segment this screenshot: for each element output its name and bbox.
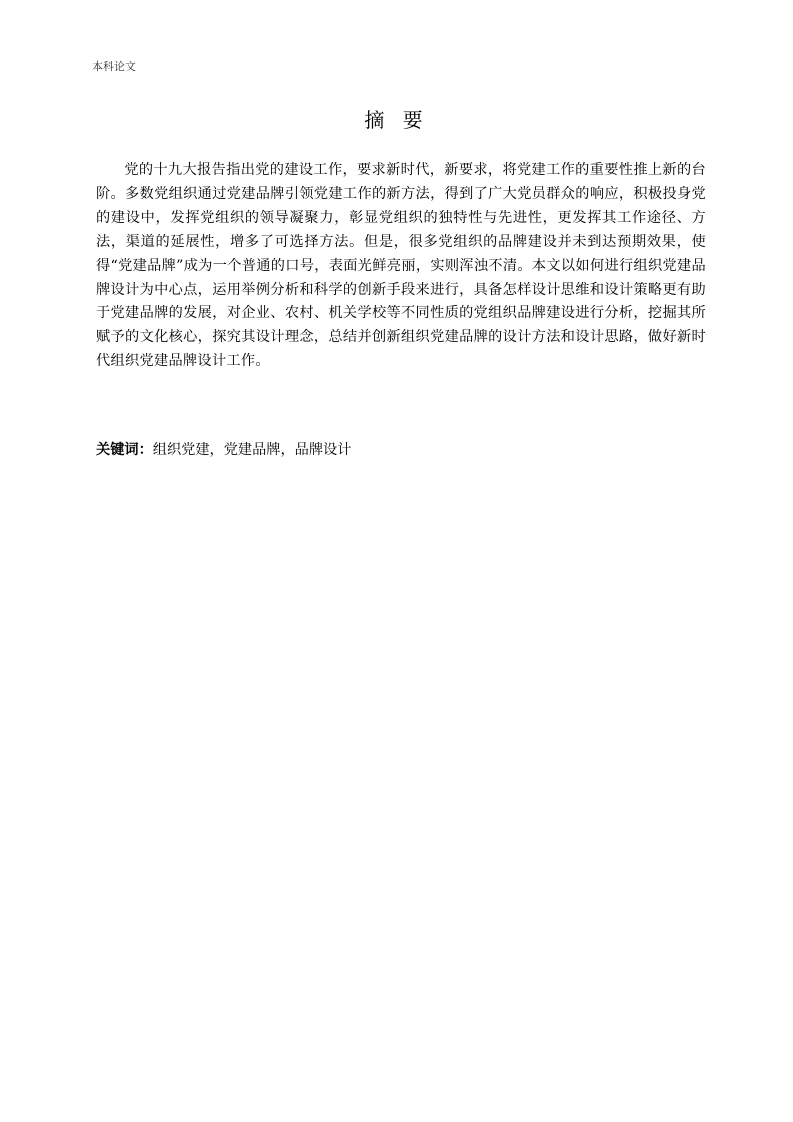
abstract-paragraph: 党的十九大报告指出党的建设工作，要求新时代，新要求，将党建工作的重要性推上新的台… <box>96 159 706 374</box>
keywords-label: 关键词： <box>96 442 153 458</box>
keywords-value: 组织党建，党建品牌，品牌设计 <box>153 442 352 458</box>
running-header: 本科论文 <box>92 58 136 74</box>
abstract-title: 摘 要 <box>0 104 793 133</box>
keywords-line: 关键词：组织党建，党建品牌，品牌设计 <box>96 438 351 462</box>
